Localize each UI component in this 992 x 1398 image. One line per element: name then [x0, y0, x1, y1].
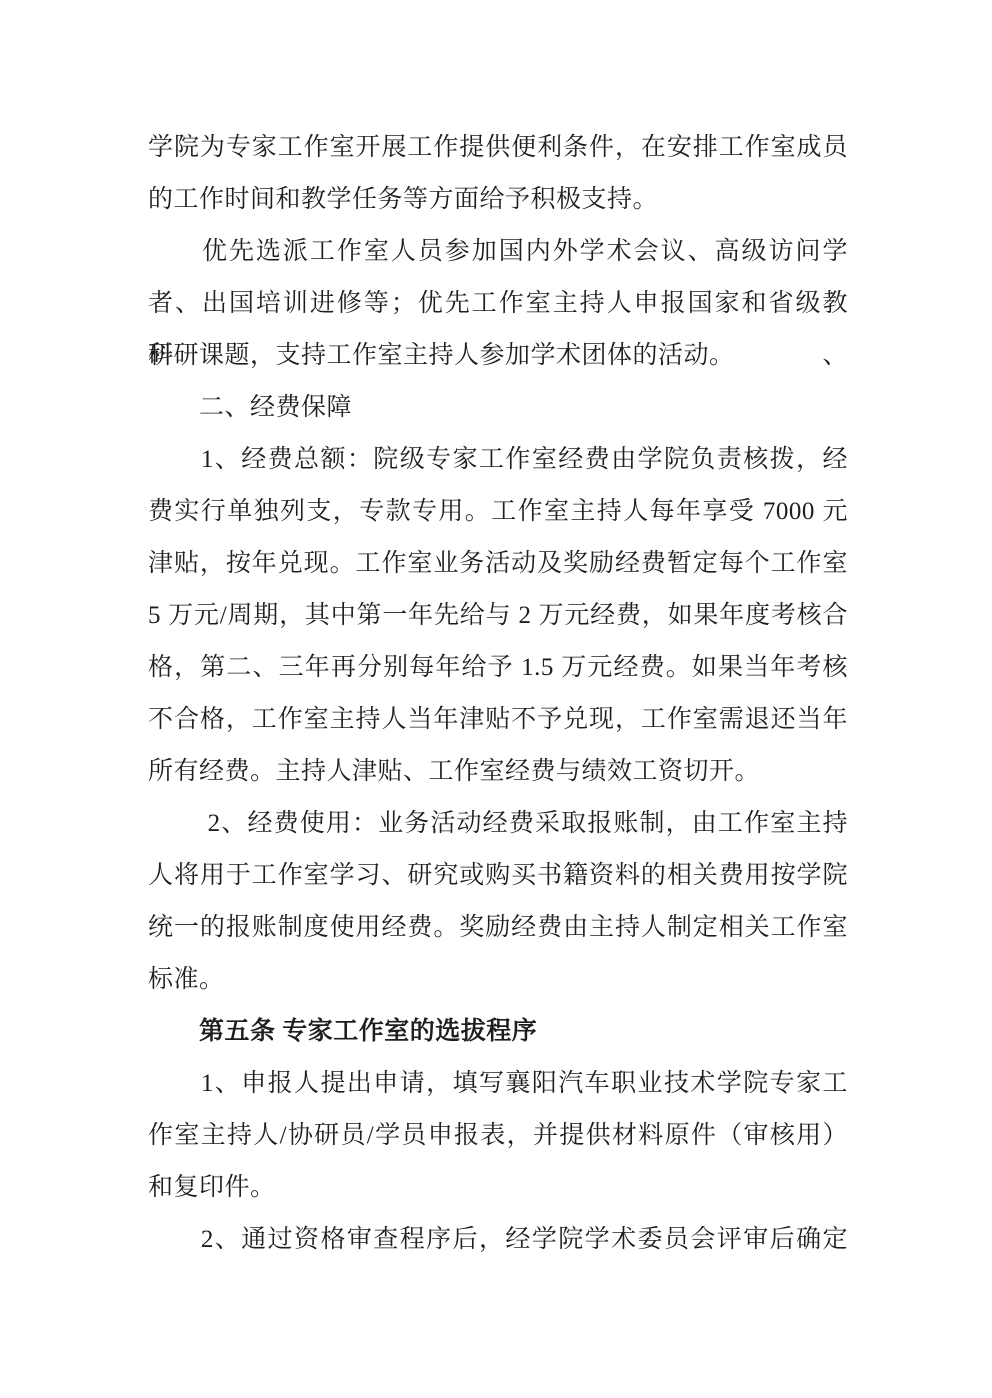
- text-line: 二、经费保障: [148, 382, 848, 434]
- text-line: 1、经费总额：院级专家工作室经费由学院负责核拨，经: [148, 434, 848, 486]
- text-line: 的工作时间和教学任务等方面给予积极支持。: [148, 174, 848, 226]
- document-body: 学院为专家工作室开展工作提供便利条件，在安排工作室成员的工作时间和教学任务等方面…: [148, 122, 848, 1266]
- document-page: 学院为专家工作室开展工作提供便利条件，在安排工作室成员的工作时间和教学任务等方面…: [0, 0, 992, 1398]
- heading-line: 第五条 专家工作室的选拔程序: [148, 1006, 848, 1058]
- text-line: 费实行单独列支，专款专用。工作室主持人每年享受 7000 元: [148, 486, 848, 538]
- text-line: 人将用于工作室学习、研究或购买书籍资料的相关费用按学院: [148, 850, 848, 902]
- text-line: 统一的报账制度使用经费。奖励经费由主持人制定相关工作室: [148, 902, 848, 954]
- text-line: 格，第二、三年再分别每年给予 1.5 万元经费。如果当年考核: [148, 642, 848, 694]
- text-line: 者、出国培训进修等；优先工作室主持人申报国家和省级教研、: [148, 278, 848, 330]
- text-line: 和复印件。: [148, 1162, 848, 1214]
- text-line: 不合格，工作室主持人当年津贴不予兑现，工作室需退还当年: [148, 694, 848, 746]
- text-line: 作室主持人/协研员/学员申报表，并提供材料原件（审核用）: [148, 1110, 848, 1162]
- text-line: 1、申报人提出申请，填写襄阳汽车职业技术学院专家工: [148, 1058, 848, 1110]
- text-line: 优先选派工作室人员参加国内外学术会议、高级访问学: [148, 226, 848, 278]
- text-line: 津贴，按年兑现。工作室业务活动及奖励经费暂定每个工作室: [148, 538, 848, 590]
- text-line: 所有经费。主持人津贴、工作室经费与绩效工资切开。: [148, 746, 848, 798]
- text-line: 2、经费使用：业务活动经费采取报账制，由工作室主持: [148, 798, 848, 850]
- text-line: 2、通过资格审查程序后，经学院学术委员会评审后确定: [148, 1214, 848, 1266]
- text-line: 标准。: [148, 954, 848, 1006]
- text-line: 5 万元/周期，其中第一年先给与 2 万元经费，如果年度考核合: [148, 590, 848, 642]
- text-line: 学院为专家工作室开展工作提供便利条件，在安排工作室成员: [148, 122, 848, 174]
